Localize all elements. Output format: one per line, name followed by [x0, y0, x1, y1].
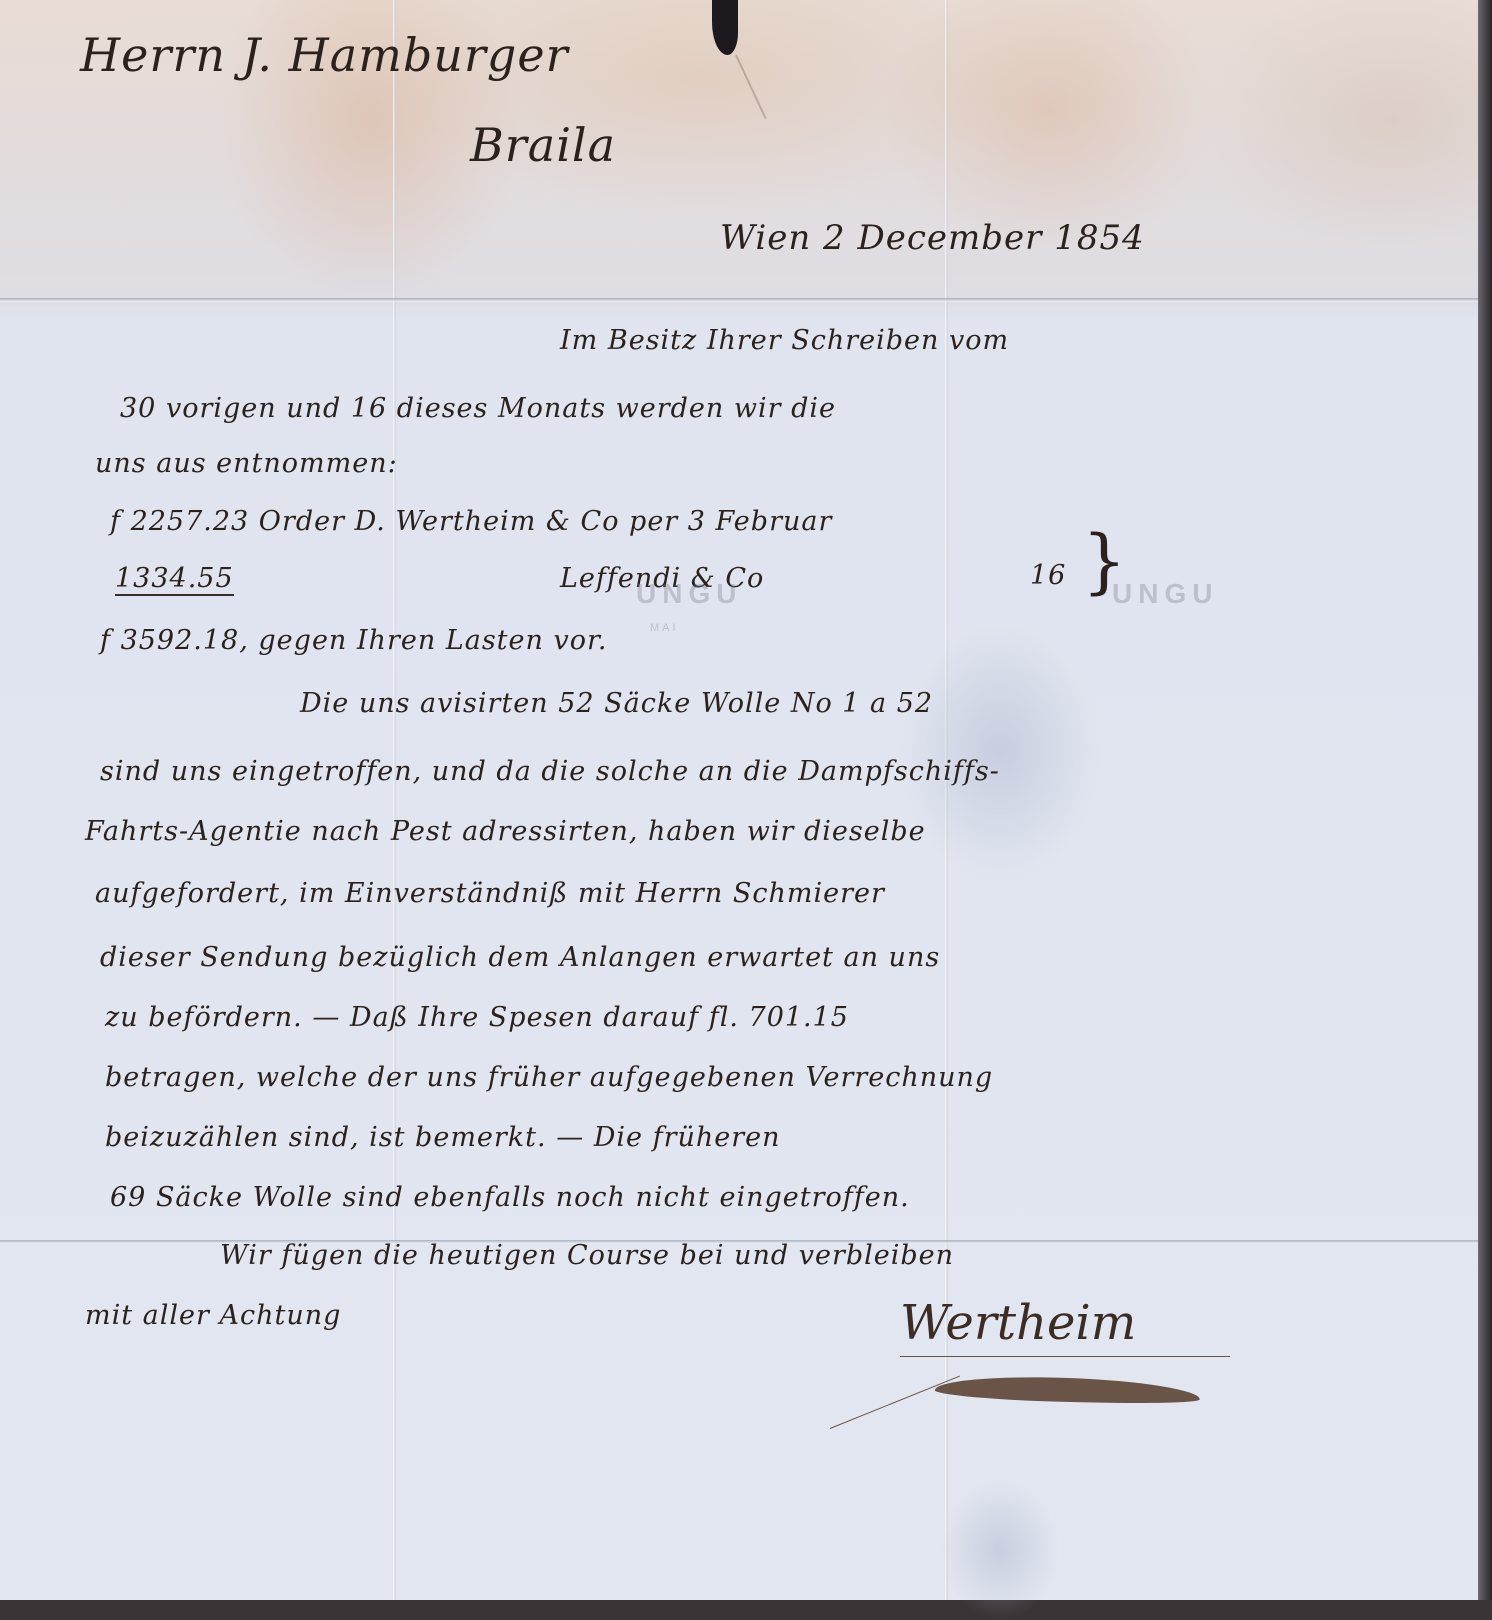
letter-line-7: Die uns avisirten 52 Säcke Wolle No 1 a … [300, 688, 933, 719]
signature-line [900, 1356, 1230, 1357]
letter-line-16: Wir fügen die heutigen Course bei und ve… [220, 1240, 954, 1271]
page-edge [1478, 0, 1492, 1600]
letter-line-12: zu befördern. — Daß Ihre Spesen darauf f… [105, 1002, 849, 1033]
letter-line-11: dieser Sendung bezüglich dem Anlangen er… [100, 942, 940, 973]
recipient-city: Braila [470, 118, 616, 172]
letter-line-15: 69 Säcke Wolle sind ebenfalls noch nicht… [110, 1182, 910, 1213]
letter-page: Herrn J. Hamburger Braila Wien 2 Decembe… [0, 0, 1478, 1600]
paper-tear [712, 0, 738, 55]
letter-line-13: betragen, welche der uns früher aufgegeb… [105, 1062, 993, 1093]
crease-shadow [940, 1480, 1060, 1600]
place-date: Wien 2 December 1854 [720, 218, 1145, 258]
horizontal-fold-top [0, 298, 1478, 302]
letter-line-14: beizuzählen sind, ist bemerkt. — Die frü… [105, 1122, 781, 1153]
letter-line-10: aufgefordert, im Einverständniß mit Herr… [95, 878, 885, 909]
signature-tail [830, 1376, 960, 1429]
postal-stamp-sub: MAI [650, 622, 679, 634]
signature-flourish [935, 1373, 1201, 1406]
postal-stamp-mark: UNGU [1112, 578, 1218, 610]
letter-line-17: mit aller Achtung [85, 1300, 341, 1331]
bracket-day-second: 16 [1030, 560, 1066, 591]
crease-shadow [900, 620, 1100, 880]
salutation: Herrn J. Hamburger [80, 28, 569, 82]
letter-line-6: f 3592.18, gegen Ihren Lasten vor. [100, 625, 608, 656]
letter-line-1: Im Besitz Ihrer Schreiben vom [560, 325, 1009, 356]
letter-line-3: uns aus entnommen: [95, 448, 398, 479]
paper-crack [735, 55, 766, 119]
letter-line-2: 30 vorigen und 16 dieses Monats werden w… [120, 393, 836, 424]
letter-line-9: Fahrts-Agentie nach Pest adressirten, ha… [85, 816, 926, 847]
letter-line-4: f 2257.23 Order D. Wertheim & Co per 3 F… [110, 506, 832, 537]
signature: Wertheim [900, 1295, 1136, 1351]
amount-second: 1334.55 [115, 563, 234, 596]
letter-line-8: sind uns eingetroffen, und da die solche… [100, 756, 1000, 787]
vertical-fold-left [393, 0, 396, 1600]
letter-line-5: 1334.55 [115, 563, 234, 594]
postal-stamp-mark: UNGU [636, 578, 742, 610]
